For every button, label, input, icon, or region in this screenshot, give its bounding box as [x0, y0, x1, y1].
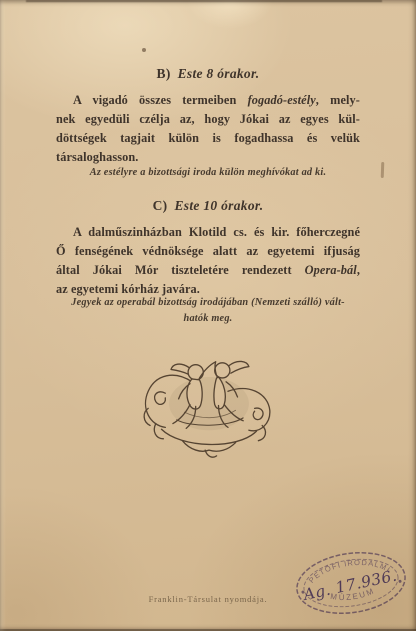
text-segment: nek egyedüli czélja az, hogy Jókai az eg…	[56, 112, 360, 126]
section-b-label: B)	[157, 66, 171, 81]
text-segment-italic: fogadó-estély	[248, 93, 316, 107]
paragraph-line: Ő fenségének védnöksége alatt az egyetem…	[56, 242, 360, 261]
section-c-paragraph: A dalműszinházban Klotild cs. és kir. fő…	[56, 223, 360, 299]
paragraph-line: által Jókai Mór tiszteletére rendezett O…	[56, 261, 360, 280]
text-segment: A dalműszinházban Klotild cs. és kir. fő…	[73, 225, 360, 239]
museum-stamp: PETŐFI IRODALMI MÚZEUM Ag. 17.936.	[286, 539, 416, 627]
text-segment: Ő fenségének védnöksége alatt az egyetem…	[56, 244, 360, 258]
footnote-line: hatók meg.	[38, 311, 378, 327]
text-segment: döttségek tagjait külön is fogadhassa és…	[56, 131, 360, 145]
text-segment: , mely-	[316, 93, 360, 107]
section-c-footnote: Jegyek az operabál bizottság irodájában …	[38, 295, 378, 327]
text-segment: által Jókai Mór tiszteletére rendezett	[56, 263, 305, 277]
section-b-heading: B)Este 8 órakor.	[56, 66, 360, 82]
footnote-line: Az estélyre a bizottsági iroda külön meg…	[38, 165, 378, 181]
stamp-dot-right	[398, 580, 401, 583]
text-segment-italic: Opera-bál	[305, 263, 357, 277]
paper-edge-top	[26, 0, 382, 2]
text-segment: társaloghasson.	[56, 150, 138, 164]
paragraph-line: A dalműszinházban Klotild cs. és kir. fő…	[56, 223, 360, 242]
section-c-time: Este 10 órakor.	[174, 198, 263, 213]
section-b-footnote: Az estélyre a bizottsági iroda külön meg…	[38, 165, 378, 181]
paper-mark	[381, 162, 385, 178]
section-b-paragraph: A vigadó összes termeiben fogadó-estély,…	[56, 91, 360, 167]
section-c-heading: C)Este 10 órakor.	[56, 198, 360, 214]
paper-stain	[142, 48, 146, 52]
text-segment: az egyetemi kórház javára.	[56, 282, 200, 296]
text-segment: ,	[357, 263, 360, 277]
footnote-line: Jegyek az operabál bizottság irodájában …	[38, 295, 378, 311]
section-c-label: C)	[153, 198, 168, 213]
paper-crease	[180, 0, 280, 40]
cherub-vignette-illustration	[133, 350, 285, 462]
section-b-time: Este 8 órakor.	[178, 66, 260, 81]
paragraph-line: nek egyedüli czélja az, hogy Jókai az eg…	[56, 110, 360, 129]
text-segment: A vigadó összes termeiben	[73, 93, 248, 107]
paragraph-line: döttségek tagjait külön is fogadhassa és…	[56, 129, 360, 148]
document-page: B)Este 8 órakor. A vigadó összes termeib…	[0, 0, 416, 631]
paragraph-line: A vigadó összes termeiben fogadó-estély,…	[56, 91, 360, 110]
